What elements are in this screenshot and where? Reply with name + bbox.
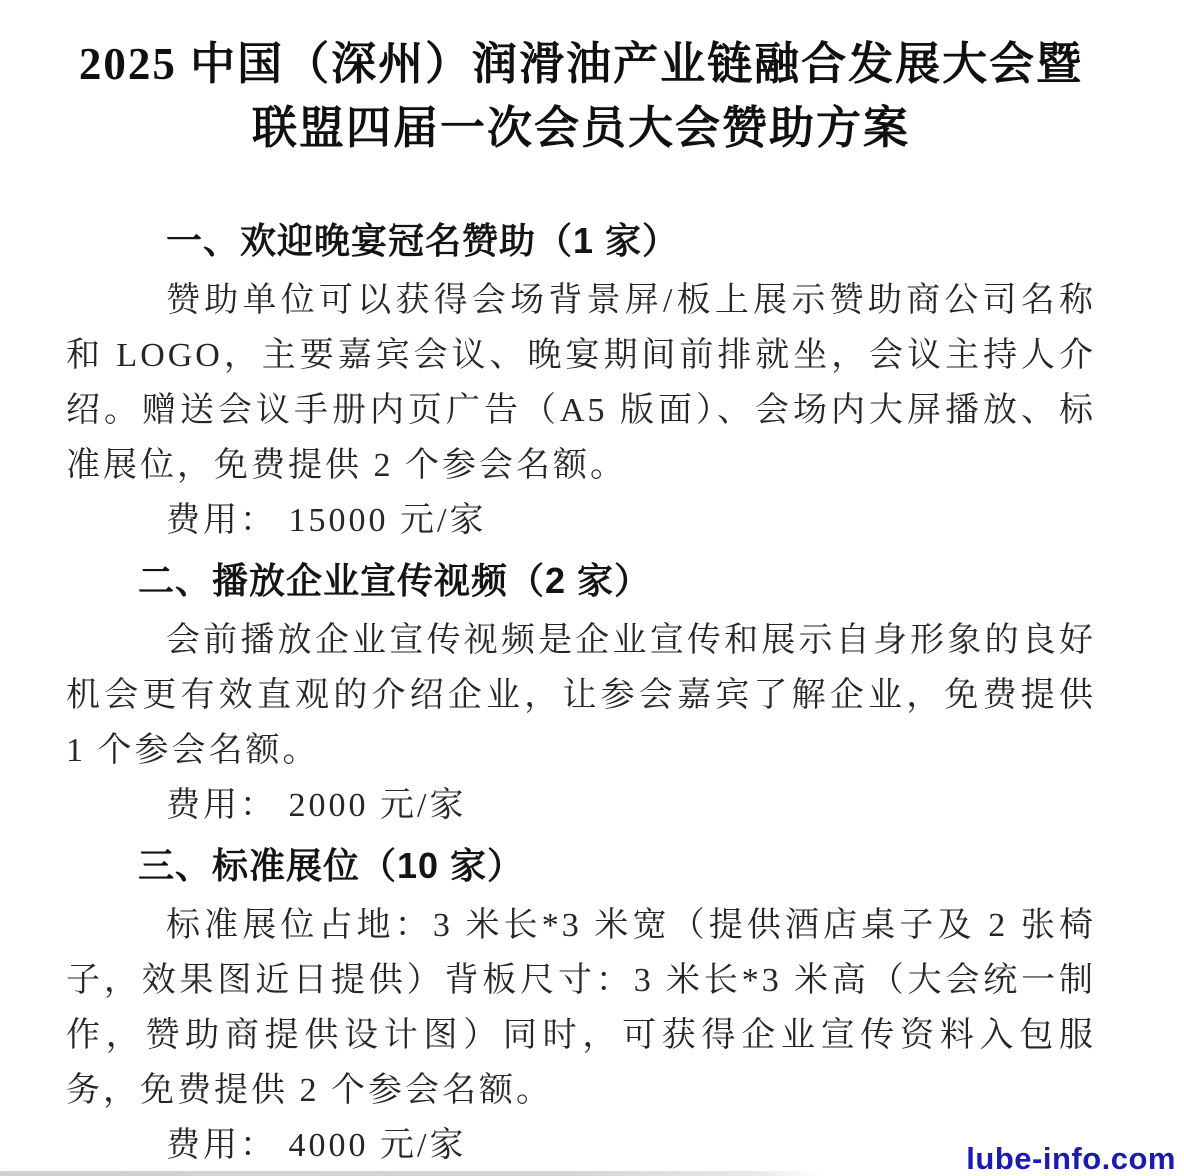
- section-standard-booth: 三、标准展位（10 家） 标准展位占地：3 米长*3 米宽（提供酒店桌子及 2 …: [66, 838, 1096, 1173]
- next-line-cutoff-artifact: [0, 1171, 824, 1176]
- title-line-2: 联盟四届一次会员大会赞助方案: [66, 96, 1096, 160]
- document-page: 2025 中国（深州）润滑油产业链融合发展大会暨 联盟四届一次会员大会赞助方案 …: [0, 0, 1184, 1176]
- title-line-1: 2025 中国（深州）润滑油产业链融合发展大会暨: [66, 32, 1096, 96]
- section-2-body: 会前播放企业宣传视频是企业宣传和展示自身形象的良好机会更有效直观的介绍企业，让参…: [66, 613, 1096, 778]
- section-1-fee: 费用： 15000 元/家: [66, 493, 1096, 548]
- section-3-heading: 三、标准展位（10 家）: [66, 838, 1096, 893]
- section-2-heading: 二、播放企业宣传视频（2 家）: [66, 553, 1096, 608]
- section-welcome-dinner-sponsorship: 一、欢迎晚宴冠名赞助（1 家） 赞助单位可以获得会场背景屏/板上展示赞助商公司名…: [66, 213, 1096, 548]
- section-1-heading: 一、欢迎晚宴冠名赞助（1 家）: [66, 213, 1096, 268]
- section-3-fee: 费用： 4000 元/家: [66, 1118, 1096, 1173]
- section-3-body: 标准展位占地：3 米长*3 米宽（提供酒店桌子及 2 张椅子，效果图近日提供）背…: [66, 898, 1096, 1118]
- site-watermark: lube-info.com: [966, 1142, 1176, 1176]
- section-promo-video: 二、播放企业宣传视频（2 家） 会前播放企业宣传视频是企业宣传和展示自身形象的良…: [66, 553, 1096, 833]
- section-1-body: 赞助单位可以获得会场背景屏/板上展示赞助商公司名称和 LOGO，主要嘉宾会议、晚…: [66, 273, 1096, 493]
- section-2-fee: 费用： 2000 元/家: [66, 778, 1096, 833]
- document-title: 2025 中国（深州）润滑油产业链融合发展大会暨 联盟四届一次会员大会赞助方案: [66, 32, 1096, 160]
